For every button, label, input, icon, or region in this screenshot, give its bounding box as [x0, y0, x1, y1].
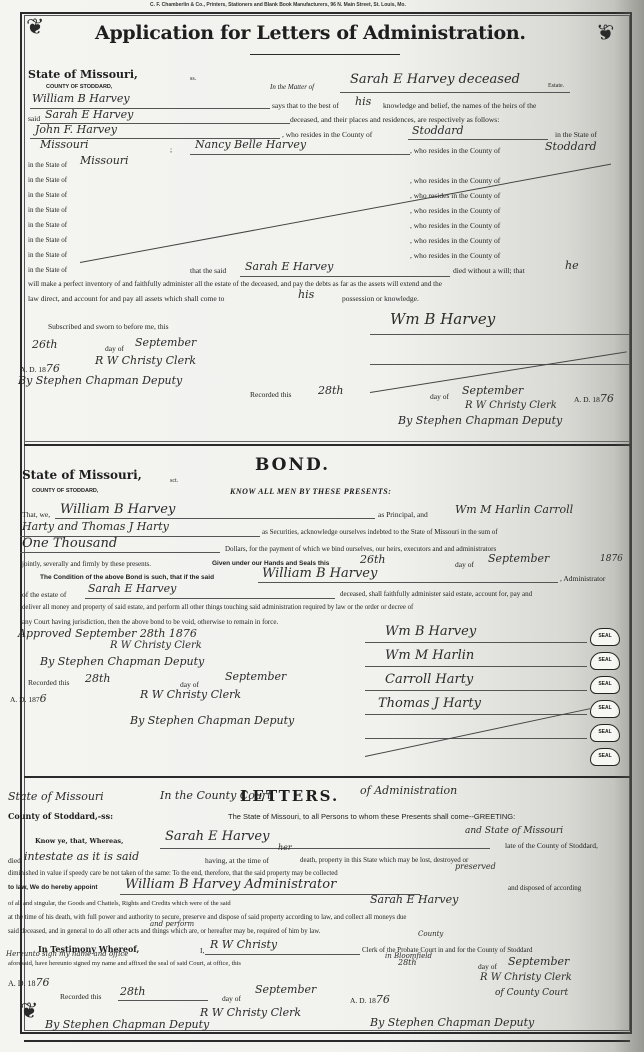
- given-month: September: [488, 552, 549, 565]
- year-value: 76: [600, 392, 614, 405]
- time-text: at the time of his death, with full powe…: [8, 914, 406, 921]
- recorded-month: September: [225, 670, 286, 683]
- signature-line: [365, 642, 587, 643]
- knowledge-text: knowledge and belief, the names of the h…: [383, 101, 536, 110]
- ad-prefix: A. D. 18: [8, 979, 36, 988]
- subscribed-text: Subscribed and sworn to before me, this: [48, 322, 169, 331]
- diminished-text: diminished in value if speedy care be no…: [8, 870, 338, 877]
- matter-name: Sarah E Harvey deceased: [350, 72, 520, 87]
- signature-line: [370, 364, 630, 365]
- insertion-text: and State of Missouri: [465, 826, 563, 836]
- administrator-label: , Administrator: [560, 574, 605, 583]
- resides-label: , who resides in the County of: [410, 221, 500, 230]
- state-label: in the State of: [28, 251, 67, 259]
- county-insertion: County: [418, 930, 443, 938]
- signature: Wm B Harvey: [385, 624, 476, 639]
- his-field: his: [298, 288, 314, 301]
- i-label: I,: [200, 946, 204, 955]
- letters-title: LETTERS.: [240, 787, 339, 805]
- separator: ;: [170, 145, 172, 154]
- deputy-signature: By Stephen Chapman Deputy: [370, 1016, 534, 1029]
- state-handwritten: State of Missouri: [8, 790, 104, 803]
- said-name: Sarah E Harvey: [45, 108, 133, 121]
- intestate-text: intestate as it is said: [24, 850, 139, 863]
- state-label: in the State of: [28, 176, 67, 184]
- heir-county: Stoddard: [545, 140, 597, 153]
- decedent-name: Sarah E Harvey: [245, 260, 333, 273]
- letters-decedent: Sarah E Harvey: [165, 829, 269, 844]
- underline: [20, 552, 220, 553]
- recorded-deputy: By Stephen Chapman Deputy: [45, 1018, 209, 1031]
- signature: Wm M Harlin: [385, 648, 474, 663]
- deliver-text: deliver all money and property of said e…: [22, 604, 413, 611]
- recorded-deputy: By Stephen Chapman Deputy: [398, 414, 562, 427]
- matter-label: In the Matter of: [270, 83, 314, 91]
- appointee-name: William B Harvey Administrator: [125, 877, 336, 892]
- signature: Thomas J Harty: [378, 696, 481, 711]
- died-label: died: [8, 856, 21, 865]
- given-day: 26th: [360, 553, 386, 566]
- recorded-month: September: [255, 983, 316, 996]
- heir-resides: , who resides in the County of: [410, 146, 500, 155]
- as-securities-text: as Securities, acknowledge ourselves ind…: [262, 528, 498, 536]
- approved-text: Approved September 28th 1876: [18, 627, 197, 640]
- principal-name: William B Harvey: [60, 502, 175, 517]
- corner-ornament-icon: ❦: [596, 22, 614, 44]
- recorded-deputy: By Stephen Chapman Deputy: [130, 714, 294, 727]
- year-value: 76: [376, 993, 390, 1006]
- hereunto-handwritten: Hereunto sign my name and office: [6, 950, 128, 958]
- bottom-border: [24, 1040, 630, 1042]
- jointly-text: jointly, severally and firmly by these p…: [22, 560, 151, 568]
- that-we-label: That, we,: [22, 510, 50, 519]
- that-said-text: that the said: [190, 266, 226, 275]
- office-month: September: [508, 955, 569, 968]
- underline: [55, 518, 375, 519]
- sworn-day: 26th: [32, 338, 58, 351]
- goods-name: Sarah E Harvey: [370, 893, 458, 906]
- bond-sum: One Thousand: [22, 536, 117, 551]
- corner-ornament-icon: ❦: [20, 1000, 38, 1022]
- application-ss: ss.: [190, 76, 196, 82]
- applicant-signature: Wm B Harvey: [390, 310, 495, 328]
- sworn-month: September: [135, 336, 196, 349]
- signature-line: [365, 690, 587, 691]
- her-insertion: her: [278, 843, 292, 852]
- recorded-day: 28th: [318, 384, 344, 397]
- page-shadow: [614, 0, 644, 1052]
- day-of-label: day of: [478, 962, 497, 971]
- law-text: law direct, and account for and pay all …: [28, 294, 224, 303]
- heir-state: Missouri: [40, 138, 89, 151]
- preserved-insertion: preserved: [455, 862, 496, 871]
- section-divider: [24, 441, 630, 442]
- underline: [205, 954, 360, 955]
- resides-label: , who resides in the County of: [410, 236, 500, 245]
- approved-deputy: By Stephen Chapman Deputy: [40, 655, 204, 668]
- heir-name: Nancy Belle Harvey: [195, 138, 306, 151]
- section-divider: [24, 776, 630, 778]
- clerk-signature: R W Christy Clerk: [480, 972, 572, 983]
- ad-prefix: A. D. 187: [10, 695, 40, 704]
- death-text: death, property in this State which may …: [300, 856, 468, 864]
- day-of-label: day of: [105, 344, 124, 353]
- as-principal-text: as Principal, and: [378, 510, 428, 519]
- died-text: died without a will; that: [453, 266, 525, 275]
- said-label: said: [28, 114, 40, 123]
- underline: [85, 598, 335, 599]
- letters-county: County of Stoddard,-ss:: [8, 811, 113, 821]
- court-text: any Court having jurisdiction, then the …: [22, 618, 278, 626]
- recorded-label: Recorded this: [28, 678, 69, 687]
- clerk-signature: R W Christy Clerk: [95, 354, 196, 367]
- ad-prefix: A. D. 18: [20, 365, 46, 374]
- heir-state: Missouri: [80, 154, 129, 167]
- office-day: 28th: [398, 958, 417, 967]
- resides-label: , who resides in the County of: [410, 251, 500, 260]
- state-label: in the State of: [28, 266, 67, 274]
- printer-imprint: C. F. Chamberlin & Co., Printers, Statio…: [150, 2, 500, 8]
- corner-ornament-icon: ❦: [26, 16, 44, 38]
- securities-name-1: Wm M Harlin Carroll: [455, 503, 573, 516]
- said-deceased-text: said deceased, and in general to do all …: [8, 928, 320, 935]
- aforesaid-text: aforesaid, have hereunto signed my name …: [8, 960, 241, 967]
- recorded-label: Recorded this: [250, 390, 291, 399]
- day-of-label: day of: [222, 994, 241, 1003]
- bond-sct: sct.: [170, 478, 178, 484]
- to-law-text: to law, We do hereby appoint: [8, 884, 98, 891]
- deceased-text: deceased, and their places and residence…: [290, 115, 499, 124]
- deceased-shall-text: deceased, shall faithfully administer sa…: [340, 590, 532, 598]
- recorded-clerk: R W Christy Clerk: [465, 400, 557, 411]
- underline: [258, 582, 558, 583]
- heir-county: Stoddard: [412, 124, 464, 137]
- application-county: COUNTY OF STODDARD,: [46, 84, 112, 90]
- underline: [190, 154, 410, 155]
- goods-text: of all and singular, the Goods and Chatt…: [8, 900, 231, 907]
- resides-label: , who resides in the County of: [410, 176, 500, 185]
- signature: Carroll Harty: [385, 672, 473, 687]
- resides-label: , who resides in the County of: [410, 206, 500, 215]
- bond-state: State of Missouri,: [22, 468, 142, 482]
- know-all-text: KNOW ALL MEN BY THESE PRESENTS:: [230, 487, 391, 496]
- application-state: State of Missouri,: [28, 68, 138, 81]
- signature-line: [365, 666, 587, 667]
- year-value: 76: [36, 976, 50, 989]
- signature-line: [370, 334, 630, 335]
- year-value: 6: [40, 692, 47, 705]
- applicant-name: William B Harvey: [32, 92, 130, 105]
- he-field: he: [565, 259, 579, 272]
- and-perform-insertion: and perform: [150, 920, 194, 928]
- late-text: late of the County of Stoddard,: [505, 841, 598, 850]
- dollars-text: Dollars, for the payment of which we bin…: [225, 545, 496, 553]
- underline: [340, 92, 570, 93]
- recorded-ad: A. D. 1876: [350, 993, 390, 1006]
- day-of-label: day of: [430, 392, 449, 401]
- having-text: having, at the time of: [205, 856, 269, 865]
- clerk-name: R W Christy: [210, 938, 277, 951]
- deputy-signature: By Stephen Chapman Deputy: [18, 374, 182, 387]
- section-divider: [24, 444, 630, 446]
- ad-prefix: A. D. 18: [574, 395, 600, 404]
- know-ye-text: Know ye, that, Whereas,: [35, 837, 123, 845]
- signature-line: [365, 738, 587, 739]
- title-underline: [250, 54, 400, 55]
- his-field: his: [355, 95, 371, 108]
- recorded-clerk: R W Christy Clerk: [200, 1006, 301, 1019]
- underline: [118, 1000, 208, 1001]
- recorded-day: 28th: [120, 985, 146, 998]
- disposed-text: and disposed of according: [508, 884, 581, 892]
- state-label: in the State of: [28, 221, 67, 229]
- recorded-ad: A. D. 1876: [574, 392, 614, 405]
- application-title: Application for Letters of Administratio…: [95, 22, 526, 44]
- securities-name-2: Harty and Thomas J Harty: [22, 520, 169, 533]
- state-label: in the State of: [28, 191, 67, 199]
- state-label: in the State of: [28, 206, 67, 214]
- says-text: says that to the best of: [272, 101, 339, 110]
- recorded-label: Recorded this: [60, 992, 101, 1001]
- clerk-signature-title: of County Court: [495, 988, 568, 998]
- estate-of-text: of the estate of: [22, 590, 66, 599]
- possession-text: possession or knowledge.: [342, 294, 419, 303]
- heir-state-label: in the State of: [555, 130, 597, 139]
- state-label: in the State of: [28, 236, 67, 244]
- greeting-text: The State of Missouri, to all Persons to…: [228, 812, 515, 821]
- letters-title-handwritten: of Administration: [360, 784, 457, 797]
- matter-suffix: Estate.: [548, 83, 564, 89]
- bond-county: COUNTY OF STODDARD,: [32, 488, 98, 494]
- inventory-text: will make a perfect inventory of and fai…: [28, 280, 442, 288]
- recorded-day: 28th: [85, 672, 111, 685]
- letters-ad: A. D. 1876: [8, 976, 50, 989]
- document-page: C. F. Chamberlin & Co., Printers, Statio…: [0, 0, 644, 1052]
- recorded-clerk: R W Christy Clerk: [140, 688, 241, 701]
- recorded-month: September: [462, 384, 523, 397]
- underline: [408, 139, 548, 140]
- day-of-label: day of: [455, 560, 474, 569]
- heir-name: John F. Harvey: [35, 123, 117, 136]
- approved-clerk: R W Christy Clerk: [110, 640, 202, 651]
- state-label: in the State of: [28, 161, 67, 169]
- bond-title: BOND.: [255, 455, 330, 475]
- underline: [240, 276, 450, 277]
- condition-name: William B Harvey: [262, 566, 377, 581]
- underline: [160, 848, 490, 849]
- estate-name: Sarah E Harvey: [88, 582, 176, 595]
- ad-prefix: A. D. 18: [350, 996, 376, 1005]
- condition-text: The Condition of the above Bond is such,…: [40, 574, 214, 581]
- recorded-ad: A. D. 1876: [10, 692, 47, 705]
